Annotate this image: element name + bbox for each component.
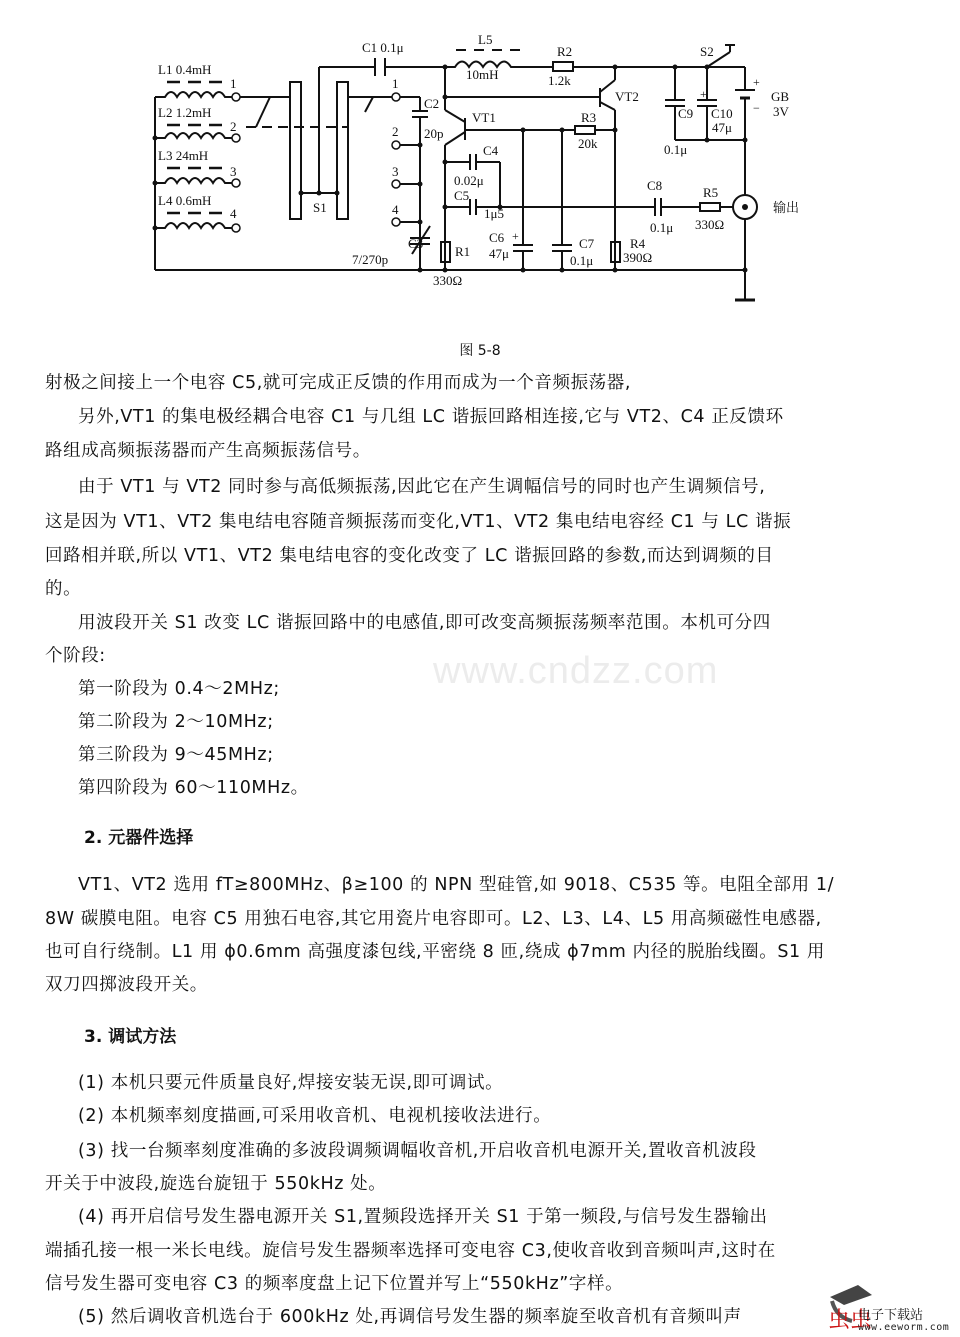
- step-line: 信号发生器可变电容 C3 的频率度盘上记下位置并写上“550kHz”字样。: [45, 1273, 623, 1295]
- switch-pos-4b: 4: [392, 202, 399, 217]
- step-line: 开关于中波段,旋选台旋钮于 550kHz 处。: [45, 1173, 386, 1195]
- switch-pos-3b: 3: [392, 164, 399, 179]
- label-output: 输出: [773, 200, 799, 215]
- label-gb: GB: [771, 89, 789, 104]
- band-item: 第一阶段为 0.4～2MHz;: [78, 678, 280, 700]
- svg-text:+: +: [512, 229, 519, 243]
- label-s1: S1: [313, 200, 327, 215]
- paragraph-line: 回路相并联,所以 VT1、VT2 集电结电容的变化改变了 LC 谐振回路的参数,…: [45, 545, 774, 567]
- label-l5-val: 10mH: [466, 67, 499, 82]
- paragraph-line: 由于 VT1 与 VT2 同时参与高低频振荡,因此它在产生调幅信号的同时也产生调…: [78, 476, 765, 498]
- label-r2-val: 1.2k: [548, 73, 571, 88]
- svg-text:+: +: [700, 87, 707, 101]
- paragraph-line: 这是因为 VT1、VT2 集电结电容随音频振荡而变化,VT1、VT2 集电结电容…: [45, 511, 791, 533]
- label-r4-val: 390Ω: [623, 250, 652, 265]
- paragraph-line: 也可自行绕制。L1 用 ϕ0.6mm 高强度漆包线,平密绕 8 匝,绕成 ϕ7m…: [45, 941, 825, 963]
- label-vt2: VT2: [615, 89, 639, 104]
- band-item: 第二阶段为 2～10MHz;: [78, 711, 274, 733]
- paragraph-line: VT1、VT2 选用 fT≥800MHz、β≥100 的 NPN 型硅管,如 9…: [78, 874, 834, 896]
- circuit-schematic: L1 0.4mH L2 1.2mH L3 24mH L4 0.6mH 1 2 3…: [0, 0, 960, 330]
- label-c9-val: 0.1μ: [664, 142, 687, 157]
- label-r3-val: 20k: [578, 136, 598, 151]
- section-heading: 2. 元器件选择: [84, 823, 193, 848]
- switch-pos-2b: 2: [392, 124, 399, 139]
- figure-caption: 图 5-8: [0, 340, 960, 360]
- svg-text:+: +: [753, 75, 760, 89]
- label-r1: R1: [455, 244, 470, 259]
- label-c8: C8: [647, 178, 662, 193]
- step-line: (5) 然后调收音机选台于 600kHz 处,再调信号发生器的频率旋至收音机有音…: [78, 1306, 742, 1328]
- band-item: 第三阶段为 9～45MHz;: [78, 744, 274, 766]
- paragraph-line: 另外,VT1 的集电极经耦合电容 C1 与几组 LC 谐振回路相连接,它与 VT…: [78, 406, 784, 428]
- label-r5: R5: [703, 185, 718, 200]
- switch-pos-1b: 1: [392, 76, 399, 91]
- label-c4-val: 0.02μ: [454, 173, 484, 188]
- label-c2: C2: [424, 96, 439, 111]
- label-l2: L2 1.2mH: [158, 105, 211, 120]
- label-r4: R4: [630, 236, 646, 251]
- switch-pos-4: 4: [230, 206, 237, 221]
- label-c5: C5: [454, 188, 469, 203]
- step-line: 端插孔接一根一米长电线。旋信号发生器频率选择可变电容 C3,使收音收到音频叫声,…: [45, 1240, 776, 1262]
- label-c9: C9: [678, 106, 693, 121]
- paragraph-line: 用波段开关 S1 改变 LC 谐振回路中的电感值,即可改变高频振荡频率范围。本机…: [78, 612, 771, 634]
- label-c6: C6: [489, 230, 505, 245]
- paragraph-line: 的。: [45, 578, 81, 600]
- label-r3: R3: [581, 110, 596, 125]
- label-c10: C10: [711, 106, 733, 121]
- paragraph-line: 路组成高频振荡器而产生高频振荡信号。: [45, 440, 371, 462]
- paragraph-line: 个阶段:: [45, 645, 106, 667]
- label-l4: L4 0.6mH: [158, 193, 211, 208]
- label-c7: C7: [579, 236, 595, 251]
- label-r5-val: 330Ω: [695, 217, 724, 232]
- switch-pos-1: 1: [230, 76, 237, 91]
- step-line: (4) 再开启信号发生器电源开关 S1,置频段选择开关 S1 于第一频段,与信号…: [78, 1206, 768, 1228]
- label-c3-val: 7/270p: [352, 252, 388, 267]
- label-c3: C3: [408, 236, 423, 251]
- label-l3: L3 24mH: [158, 148, 208, 163]
- label-l5: L5: [478, 32, 492, 47]
- label-s2: S2: [700, 44, 714, 59]
- label-c8-val: 0.1μ: [650, 220, 673, 235]
- label-c2-val: 20p: [424, 126, 444, 141]
- paragraph-line: 射极之间接上一个电容 C5,就可完成正反馈的作用而成为一个音频振荡器,: [45, 372, 631, 394]
- step-line: (1) 本机只要元件质量良好,焊接安装无误,即可调试。: [78, 1072, 503, 1094]
- step-line: (3) 找一台频率刻度准确的多波段调频调幅收音机,开启收音机电源开关,置收音机波…: [78, 1140, 757, 1162]
- band-item: 第四阶段为 60～110MHz。: [78, 777, 309, 799]
- watermark-text: www.cndzz.com: [433, 650, 718, 693]
- label-c6-val: 47μ: [489, 246, 509, 261]
- logo-url: www.eeworm.com: [858, 1322, 949, 1333]
- label-c10-val: 47μ: [712, 120, 732, 135]
- logo-text: 电子下载站: [858, 1304, 923, 1323]
- svg-text:−: −: [753, 101, 760, 115]
- label-r2: R2: [557, 44, 572, 59]
- paragraph-line: 8W 碳膜电阻。电容 C5 用独石电容,其它用瓷片电容即可。L2、L3、L4、L…: [45, 908, 822, 930]
- label-r1-val: 330Ω: [433, 273, 462, 288]
- label-c4: C4: [483, 143, 499, 158]
- switch-pos-3: 3: [230, 164, 237, 179]
- section-heading: 3. 调试方法: [84, 1022, 176, 1047]
- switch-pos-2: 2: [230, 119, 237, 134]
- label-l1: L1 0.4mH: [158, 62, 211, 77]
- paragraph-line: 双刀四掷波段开关。: [45, 974, 208, 996]
- step-line: (2) 本机频率刻度描画,可采用收音机、电视机接收法进行。: [78, 1105, 551, 1127]
- label-c1: C1 0.1μ: [362, 40, 404, 55]
- label-gb-val: 3V: [773, 104, 790, 119]
- label-c7-val: 0.1μ: [570, 253, 593, 268]
- label-vt1: VT1: [472, 110, 496, 125]
- label-c5-val: 1μ5: [484, 206, 504, 221]
